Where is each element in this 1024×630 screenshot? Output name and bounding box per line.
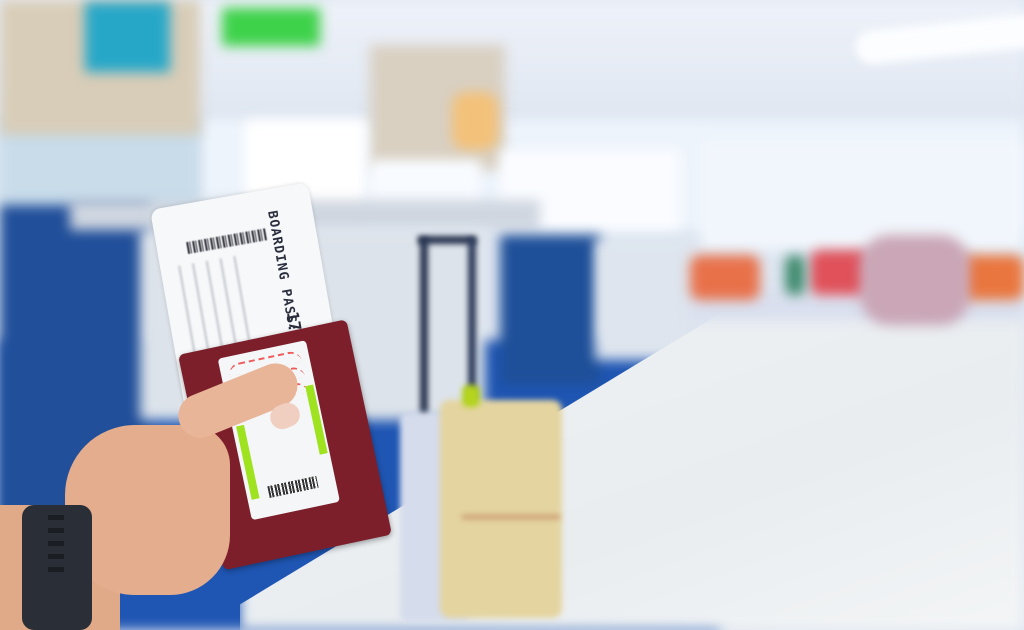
tag-green-stripe (236, 425, 259, 500)
suitcase-handle-bar (468, 238, 476, 408)
tag-green-stripe (305, 385, 327, 455)
tag-barcode (267, 476, 318, 498)
cyan-sign (85, 2, 170, 72)
airport-photo: BOARDING PASS: 17:0 (0, 0, 1024, 630)
suitcase-zipper (462, 515, 560, 519)
seated-people (860, 235, 970, 325)
boarding-pass-barcode (186, 228, 267, 254)
suitcase-tag (462, 385, 480, 407)
seated-person (785, 255, 805, 295)
green-exit-sign (222, 8, 320, 46)
watch-strap-holes (48, 515, 64, 575)
suitcase-handle-bar (420, 238, 428, 418)
check-in-counter-blue (500, 235, 600, 385)
terminal-windows-right (700, 140, 1024, 250)
suitcase-front-pocket (440, 400, 562, 618)
orange-seat (690, 255, 760, 300)
orange-light (452, 92, 498, 150)
